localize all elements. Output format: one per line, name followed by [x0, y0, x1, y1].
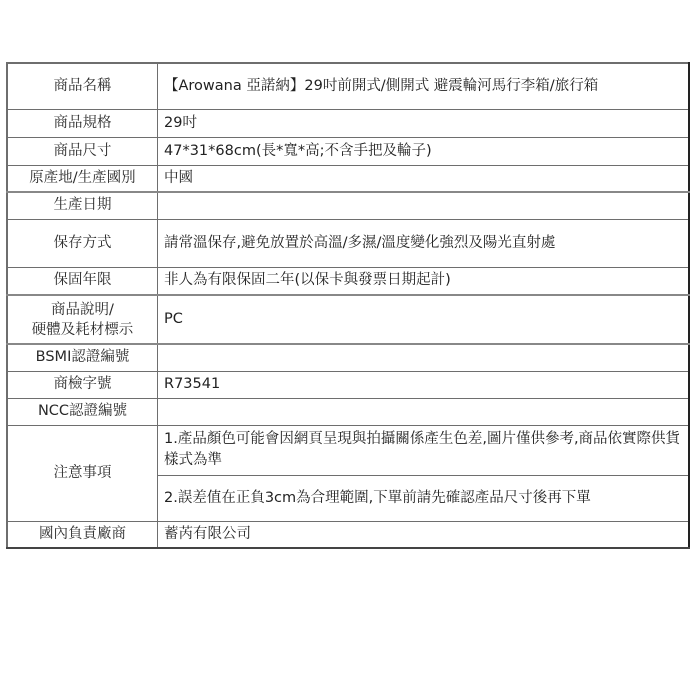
spec-value-local-vendor: 蓄芮有限公司 [158, 521, 690, 548]
spec-value-note-1: 1.產品顏色可能會因網頁呈現與拍攝關係產生色差,圖片僅供參考,商品依實際供貨樣式… [158, 425, 690, 475]
spec-label-multiline: 商品說明/ 硬體及耗材標示 [32, 300, 134, 340]
spec-row-storage: 保存方式 請常溫保存,避免放置於高溫/多濕/溫度變化強烈及陽光直射處 [7, 219, 689, 267]
spec-value-dimensions: 47*31*68cm(長*寬*高;不含手把及輪子) [158, 137, 690, 165]
spec-value-warranty: 非人為有限保固二年(以保卡與發票日期起計) [158, 267, 690, 295]
spec-label: 國內負責廠商 [7, 521, 158, 548]
spec-label: 生產日期 [7, 192, 158, 219]
spec-row-origin: 原產地/生產國別 中國 [7, 165, 689, 192]
spec-row-bsmi: BSMI認證編號 [7, 344, 689, 371]
spec-value-production-date [158, 192, 690, 219]
spec-label-line: 商品說明/ [51, 302, 114, 318]
spec-row-product-name: 商品名稱 【Arowana 亞諾納】29吋前開式/側開式 避震輪河馬行李箱/旅行… [7, 63, 689, 109]
spec-value-bsmi [158, 344, 690, 371]
spec-label: 商品尺寸 [7, 137, 158, 165]
spec-value-material: PC [158, 295, 690, 344]
spec-label: 注意事項 [7, 425, 158, 521]
spec-row-notes: 注意事項 1.產品顏色可能會因網頁呈現與拍攝關係產生色差,圖片僅供參考,商品依實… [7, 425, 689, 475]
spec-label-line: 硬體及耗材標示 [32, 322, 134, 338]
spec-row-local-vendor: 國內負責廠商 蓄芮有限公司 [7, 521, 689, 548]
spec-row-description: 商品說明/ 硬體及耗材標示 PC [7, 295, 689, 344]
spec-label: 商品名稱 [7, 63, 158, 109]
spec-row-production-date: 生產日期 [7, 192, 689, 219]
spec-label: 原產地/生產國別 [7, 165, 158, 192]
spec-row-inspection: 商檢字號 R73541 [7, 371, 689, 398]
spec-label: BSMI認證編號 [7, 344, 158, 371]
spec-value-storage: 請常溫保存,避免放置於高溫/多濕/溫度變化強烈及陽光直射處 [158, 219, 690, 267]
spec-row-ncc: NCC認證編號 [7, 398, 689, 425]
spec-row-spec: 商品規格 29吋 [7, 109, 689, 137]
spec-value-product-name: 【Arowana 亞諾納】29吋前開式/側開式 避震輪河馬行李箱/旅行箱 [158, 63, 690, 109]
product-spec-table: 商品名稱 【Arowana 亞諾納】29吋前開式/側開式 避震輪河馬行李箱/旅行… [6, 62, 690, 549]
spec-label: 保存方式 [7, 219, 158, 267]
spec-label: 保固年限 [7, 267, 158, 295]
spec-label: 商檢字號 [7, 371, 158, 398]
spec-value-note-2: 2.誤差值在正負3cm為合理範圍,下單前請先確認產品尺寸後再下單 [158, 475, 690, 521]
spec-label: 商品說明/ 硬體及耗材標示 [7, 295, 158, 344]
spec-label: NCC認證編號 [7, 398, 158, 425]
spec-row-warranty: 保固年限 非人為有限保固二年(以保卡與發票日期起計) [7, 267, 689, 295]
spec-value-spec: 29吋 [158, 109, 690, 137]
spec-value-origin: 中國 [158, 165, 690, 192]
spec-value-inspection: R73541 [158, 371, 690, 398]
spec-label: 商品規格 [7, 109, 158, 137]
spec-row-dimensions: 商品尺寸 47*31*68cm(長*寬*高;不含手把及輪子) [7, 137, 689, 165]
spec-value-ncc [158, 398, 690, 425]
